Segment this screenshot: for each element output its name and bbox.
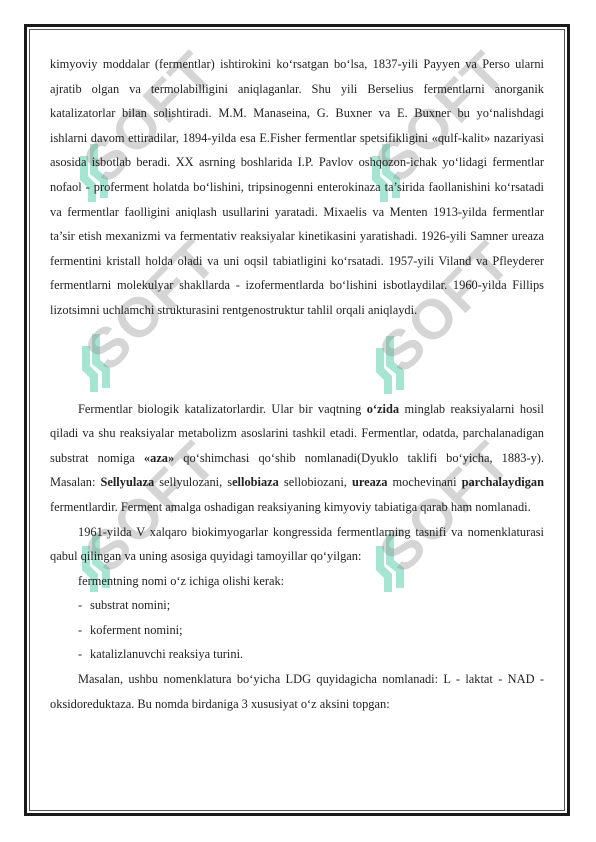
paragraph-example: Masalan, ushbu nomenklatura bo‘yicha LDG… [50,667,544,716]
text-run: Fermentlar biologik katalizatorlardir. U… [78,402,367,416]
dash-bullet: - [78,593,90,618]
bold-term: parchalaydigan [462,475,544,489]
bold-term: «aza» [144,451,174,465]
list-item-text: katalizlanuvchi reaksiya turini. [90,647,243,661]
text-run: fermentlardir. Ferment amalga oshadigan … [50,500,531,514]
text-run: sellobiozani, [279,475,352,489]
list-item: -koferment nomini; [50,618,544,643]
paragraph-congress: 1961-yilda V xalqaro biokimyogarlar kong… [50,520,544,569]
list-intro: fermentning nomi o‘z ichiga olishi kerak… [50,569,544,594]
dash-bullet: - [78,642,90,667]
dash-bullet: - [78,618,90,643]
document-body: kimyoviy moddalar (fermentlar) ishtiroki… [50,52,544,716]
bold-term: ureaza [352,475,388,489]
list-item: -substrat nomini; [50,593,544,618]
list-item-text: koferment nomini; [90,623,183,637]
list-item: -katalizlanuvchi reaksiya turini. [50,642,544,667]
bold-term: o‘zida [367,402,399,416]
paragraph-definition: Fermentlar biologik katalizatorlardir. U… [50,397,544,520]
list-item-text: substrat nomini; [90,598,170,612]
paragraph-gap [50,323,544,397]
text-run: mochevinani [388,475,462,489]
text-run: sellyulozani, s [154,475,232,489]
paragraph-history: kimyoviy moddalar (fermentlar) ishtiroki… [50,52,544,323]
bold-term: ellobiaza [232,475,279,489]
bold-term: Sellyulaza [100,475,154,489]
